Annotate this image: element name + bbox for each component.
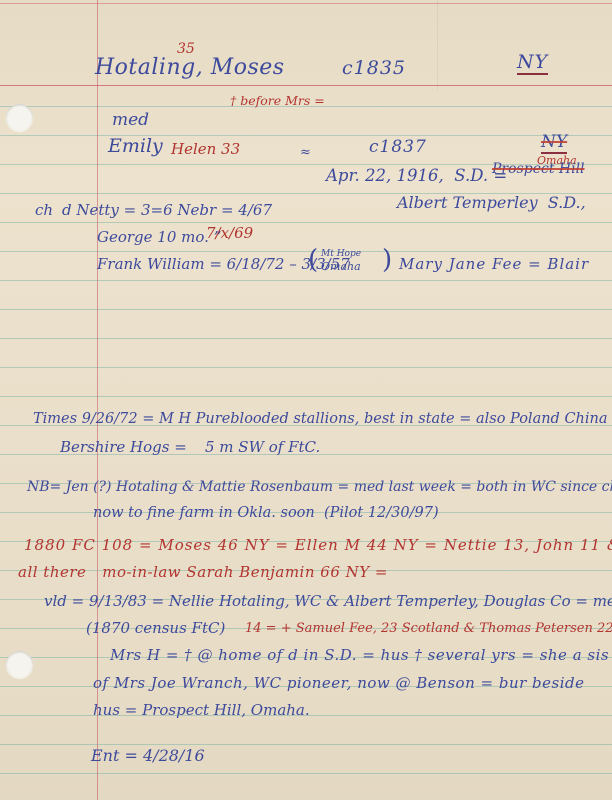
obit-note-line5: hus = Prospect Hill, Omaha. [93,703,310,719]
entered-date: Ent = 4/28/16 [91,748,205,765]
subject-birth-year: c1835 [342,59,406,79]
census-1870-label: (1870 census FtC) [86,621,225,637]
census-1880-line1: 1880 FC 108 = Moses 46 NY = Ellen M 44 N… [24,538,612,554]
paper-crease [437,0,438,90]
subject-age-annotation: 35 [177,42,195,57]
top-rule-line [0,3,612,4]
subject-birthplace: NY [517,53,548,75]
times-note-line2a: Bershire Hogs = [60,440,187,456]
spouse-death-date: Apr. 22, 1916, S.D. = [326,167,507,184]
children-label: ch [35,203,53,219]
obit-note-line3: Mrs H = † @ home of d in S.D. = hus † se… [110,648,609,664]
obit-note-line4: of Mrs Joe Wranch, WC pioneer, now @ Ben… [93,676,585,692]
child-george-date: 7/x/69 [206,226,253,242]
child-frank-spouse: Mary Jane Fee = Blair [399,257,589,273]
nb-note-line1: NB= Jen (?) Hotaling & Mattie Rosenbaum … [27,480,612,495]
times-note-line2b: 5 m SW of FtC. [205,440,320,456]
census-1880-line2: all there mo-in-law Sarah Benjamin 66 NY… [18,565,388,581]
child-frank-place-line1: Mt Hope [321,250,361,259]
spouse-birth-year: c1837 [369,139,427,157]
punch-hole-bottom [6,651,33,678]
times-note-line1: Times 9/26/72 = M H Pureblooded stallion… [33,412,612,427]
subject-name: Hotaling, Moses [95,56,285,79]
punch-hole-top [6,104,33,131]
child-george-line: George 10 mo. ” [97,230,221,246]
approx-mark: ≈ [300,146,311,160]
spouse-middle-name-age: Helen 33 [171,142,240,158]
note-card-page: Hotaling, Moses 35 c1835 NY † before Mrs… [0,0,612,800]
spouse-death-place: Prospect Hill [492,162,585,177]
married-label: med [112,112,149,130]
spouse-birthplace: NY [541,134,567,154]
census-1870-detail: 14 = + Samuel Fee, 23 Scotland & Thomas … [245,622,612,636]
nb-note-line2: now to fine farm in Okla. soon (Pilot 12… [93,506,439,521]
obit-note-line1: vld = 9/13/83 = Nellie Hotaling, WC & Al… [44,594,612,610]
informant-name: Albert Temperley S.D., [397,195,586,212]
spouse-first-name: Emily [108,137,163,157]
child-netty-line: d Netty = 3=6 Nebr = 4/67 [62,203,272,219]
death-annotation: † before Mrs = [230,94,325,107]
child-frank-place-line2: Omaha [321,261,361,273]
place-paren-close: ) [382,247,392,274]
header-rule-line [0,85,612,86]
place-paren-open: ( [308,247,318,274]
